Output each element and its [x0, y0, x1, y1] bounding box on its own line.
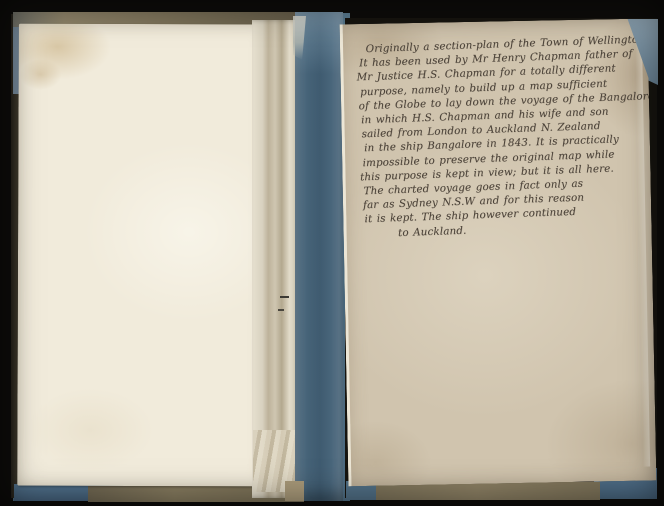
book-photo: Originally a section-plan of the Town of…: [0, 0, 664, 506]
stitch-mark: [278, 309, 284, 311]
stitch-mark: [280, 296, 289, 298]
left-blank-page: [17, 24, 263, 487]
right-endpaper: Originally a section-plan of the Town of…: [340, 18, 657, 486]
gutter-paper-tab: [285, 481, 304, 501]
spine-cloth: [295, 12, 343, 501]
cover-trim-bottom-blue-left: [14, 484, 90, 501]
page-gutter: [252, 20, 300, 498]
handwritten-note: Originally a section-plan of the Town of…: [355, 32, 658, 241]
